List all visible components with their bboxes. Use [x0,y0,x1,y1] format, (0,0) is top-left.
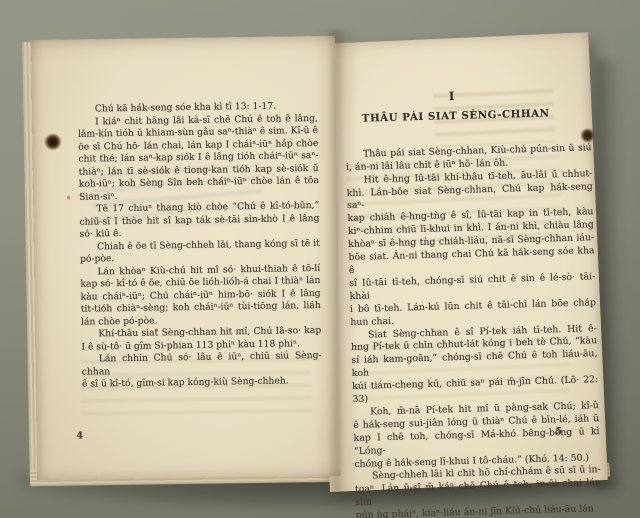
book-gutter-crease [314,30,358,492]
right-page-number: 5 [555,426,562,437]
left-page-number: 4 [76,430,83,441]
chapter-numeral: I [344,87,560,106]
left-page: Chú kā hák-seng sóe kha kì tī 13: 1-17. … [31,36,341,480]
right-page-body: Thâu pái siat Sèng-chhan, Kiù-chú pún-si… [346,142,602,518]
text-line: Lán chhin Chú só· lâu ê iūⁿ, chiū siú Sè… [82,350,322,379]
punch-hole-stain-right [580,128,595,143]
age-speck [155,328,158,331]
left-page-body: Chú kā hák-seng sóe kha kì tī 13: 1-17. … [78,100,322,391]
punch-hole-stain-left [44,134,61,150]
right-page-text-block: I THÂU PÁI SIAT SÈNG-CHHAN Thâu pái siat… [344,86,602,518]
chapter-title: THÂU PÁI SIAT SÈNG-CHHAN [345,107,567,126]
left-page-text-block: Chú kā hák-seng sóe kha kì tī 13: 1-17. … [78,100,322,391]
age-speck [67,196,70,200]
photo-of-open-book: I THÂU PÁI SIAT SÈNG-CHHAN Thâu pái siat… [0,0,640,518]
